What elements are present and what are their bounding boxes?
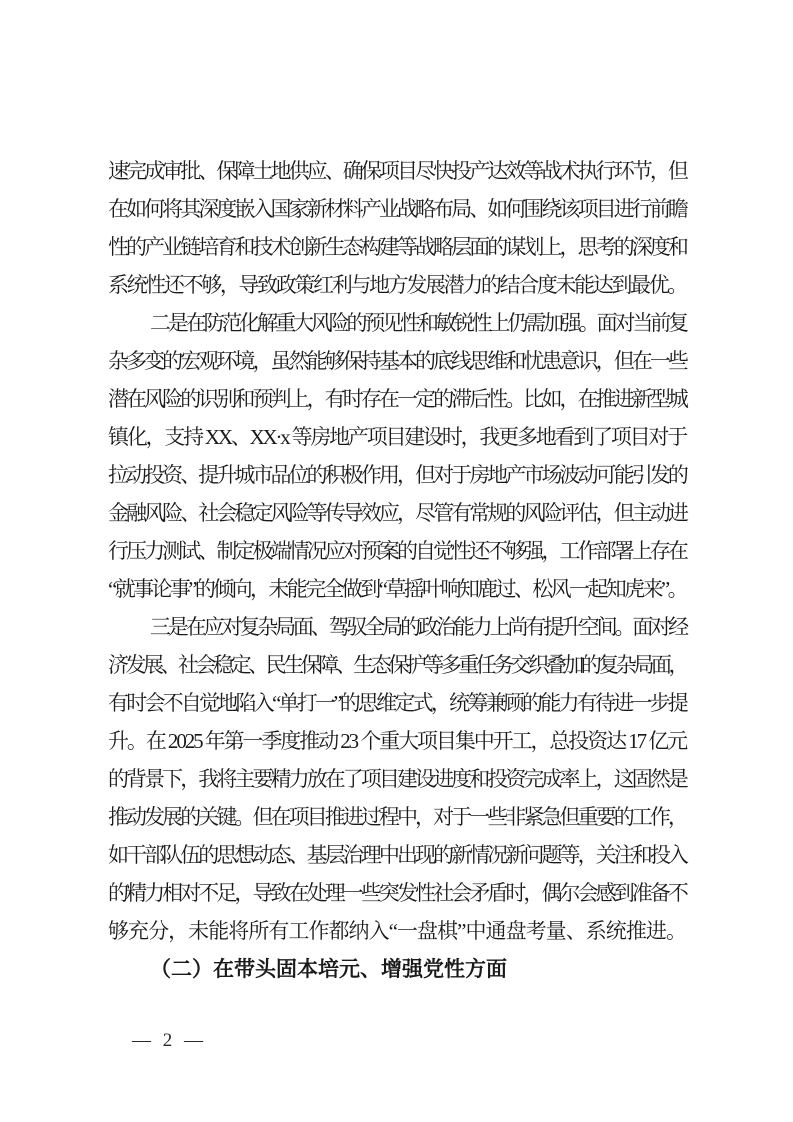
text-line: 镇化，支持 XX、XX·x 等房地产项目建设时，我更多地看到了项目对于 — [108, 418, 686, 456]
paragraph-2-line-7: 行压力测试、制定极端情况应对预案的自觉性还不够强，工作部署上存在 — [108, 532, 686, 570]
paragraph-3-line-2: 济发展、社会稳定、民生保障、生态保护等多重任务交织叠加的复杂局面， — [108, 646, 686, 684]
paragraph-3-line-1: 三是在应对复杂局面、驾驭全局的政治能力上尚有提升空间。面对经 — [108, 608, 686, 646]
paragraph-1-line-4: 系统性还不够，导致政策红利与地方发展潜力的结合度未能达到最优。 — [108, 266, 686, 304]
text-line: 有时会不自觉地陷入“单打一”的思维定式，统筹兼顾的能力有待进一步提 — [108, 684, 686, 722]
text-line: 金融风险、社会稳定风险等传导效应，尽管有常规的风险评估，但主动进 — [108, 494, 686, 532]
paragraph-2-line-3: 潜在风险的识别和预判上，有时存在一定的滞后性。比如，在推进新型城 — [108, 380, 686, 418]
page-number: — 2 — — [132, 1029, 203, 1053]
text-line: 二是在防范化解重大风险的预见性和敏锐性上仍需加强。面对当前复 — [150, 304, 686, 342]
text-line: 的精力相对不足，导致在处理一些突发性社会矛盾时，偶尔会感到准备不 — [108, 874, 686, 912]
text-line: 性的产业链培育和技术创新生态构建等战略层面的谋划上，思考的深度和 — [108, 228, 686, 266]
paragraph-1-line-2: 在如何将其深度嵌入国家新材料产业战略布局、如何围绕该项目进行前瞻 — [108, 190, 686, 228]
text-line: 推动发展的关键。但在项目推进过程中，对于一些非紧急但重要的工作， — [108, 798, 686, 836]
text-line: “就事论事”的倾向，未能完全做到“草摇叶响知鹿过、松风一起知虎来”。 — [108, 570, 686, 608]
paragraphs-container: 速完成审批、保障土地供应、确保项目尽快投产达效等战术执行环节，但在如何将其深度嵌… — [108, 152, 686, 950]
text-line: 济发展、社会稳定、民生保障、生态保护等多重任务交织叠加的复杂局面， — [108, 646, 686, 684]
paragraph-2-line-2: 杂多变的宏观环境，虽然能够保持基本的底线思维和忧患意识，但在一些 — [108, 342, 686, 380]
text-line: 潜在风险的识别和预判上，有时存在一定的滞后性。比如，在推进新型城 — [108, 380, 686, 418]
paragraph-3-line-6: 推动发展的关键。但在项目推进过程中，对于一些非紧急但重要的工作， — [108, 798, 686, 836]
paragraph-2-line-1: 二是在防范化解重大风险的预见性和敏锐性上仍需加强。面对当前复 — [108, 304, 686, 342]
paragraph-2-line-5: 拉动投资、提升城市品位的积极作用，但对于房地产市场波动可能引发的 — [108, 456, 686, 494]
paragraph-2-line-6: 金融风险、社会稳定风险等传导效应，尽管有常规的风险评估，但主动进 — [108, 494, 686, 532]
document-body: 速完成审批、保障土地供应、确保项目尽快投产达效等战术执行环节，但在如何将其深度嵌… — [108, 152, 686, 988]
paragraph-1-line-3: 性的产业链培育和技术创新生态构建等战略层面的谋划上，思考的深度和 — [108, 228, 686, 266]
paragraph-3-line-4: 升。在 2025 年第一季度推动 23 个重大项目集中开工，总投资达 17 亿元 — [108, 722, 686, 760]
text-line: 系统性还不够，导致政策红利与地方发展潜力的结合度未能达到最优。 — [108, 266, 686, 304]
text-line: 行压力测试、制定极端情况应对预案的自觉性还不够强，工作部署上存在 — [108, 532, 686, 570]
paragraph-3-line-9: 够充分，未能将所有工作都纳入“一盘棋”中通盘考量、系统推进。 — [108, 912, 686, 950]
section-heading: （二）在带头固本培元、增强党性方面 — [108, 950, 686, 988]
paragraph-2-line-4: 镇化，支持 XX、XX·x 等房地产项目建设时，我更多地看到了项目对于 — [108, 418, 686, 456]
text-line: 三是在应对复杂局面、驾驭全局的政治能力上尚有提升空间。面对经 — [150, 608, 686, 646]
text-line: 升。在 2025 年第一季度推动 23 个重大项目集中开工，总投资达 17 亿元 — [108, 722, 686, 760]
text-line: 的背景下，我将主要精力放在了项目建设进度和投资完成率上，这固然是 — [108, 760, 686, 798]
text-line: 在如何将其深度嵌入国家新材料产业战略布局、如何围绕该项目进行前瞻 — [108, 190, 686, 228]
text-line: 杂多变的宏观环境，虽然能够保持基本的底线思维和忧患意识，但在一些 — [108, 342, 686, 380]
text-line: 如干部队伍的思想动态、基层治理中出现的新情况新问题等，关注和投入 — [108, 836, 686, 874]
text-line: 够充分，未能将所有工作都纳入“一盘棋”中通盘考量、系统推进。 — [108, 912, 686, 950]
paragraph-1-line-1: 速完成审批、保障土地供应、确保项目尽快投产达效等战术执行环节，但 — [108, 152, 686, 190]
paragraph-3-line-8: 的精力相对不足，导致在处理一些突发性社会矛盾时，偶尔会感到准备不 — [108, 874, 686, 912]
paragraph-2-line-8: “就事论事”的倾向，未能完全做到“草摇叶响知鹿过、松风一起知虎来”。 — [108, 570, 686, 608]
paragraph-3-line-3: 有时会不自觉地陷入“单打一”的思维定式，统筹兼顾的能力有待进一步提 — [108, 684, 686, 722]
paragraph-3-line-7: 如干部队伍的思想动态、基层治理中出现的新情况新问题等，关注和投入 — [108, 836, 686, 874]
document-page: 速完成审批、保障土地供应、确保项目尽快投产达效等战术执行环节，但在如何将其深度嵌… — [0, 0, 793, 1122]
text-line: 拉动投资、提升城市品位的积极作用，但对于房地产市场波动可能引发的 — [108, 456, 686, 494]
text-line: 速完成审批、保障土地供应、确保项目尽快投产达效等战术执行环节，但 — [108, 152, 686, 190]
section-heading-text: （二）在带头固本培元、增强党性方面 — [150, 950, 507, 988]
paragraph-3-line-5: 的背景下，我将主要精力放在了项目建设进度和投资完成率上，这固然是 — [108, 760, 686, 798]
